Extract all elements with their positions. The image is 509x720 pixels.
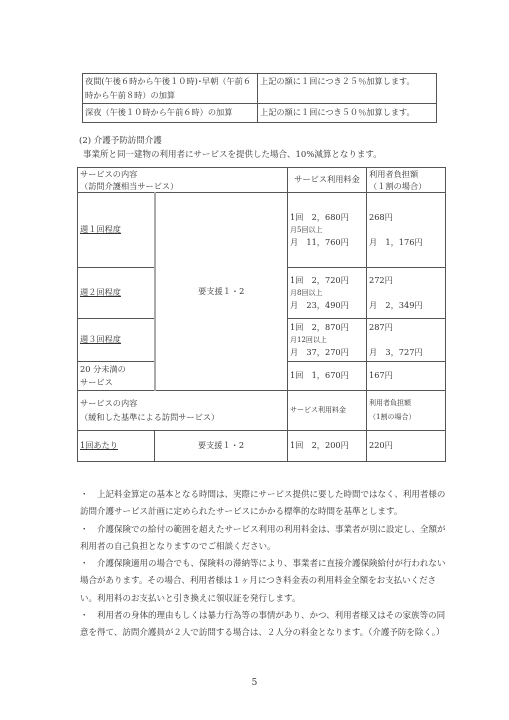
- row-label: 1回あたり: [78, 431, 155, 462]
- burden-monthly: 月 1，176円: [369, 236, 443, 249]
- header-service-line2: （緩和した基準による訪問サービス）: [80, 411, 285, 425]
- table-row: 夜間(午後６時から午後１０時)･早朝（午前６時から午前８時）の加算 上記の額に１…: [83, 74, 437, 104]
- header-service-line1: サービスの内容: [80, 168, 285, 180]
- table-header-row: サービスの内容 （訪問介護相当サービス） サービス利用料金 利用者負担額 （１割…: [78, 168, 446, 193]
- fee-condition: 月5回以上: [290, 224, 364, 237]
- surcharge-label: 深夜（午後１０時から午前６時）の加算: [83, 104, 258, 123]
- header-burden-line2: （１割の場合）: [369, 180, 443, 192]
- fee-cell: 1回 2，870円 月12回以上 月 37，270円: [288, 319, 367, 362]
- burden-cell: 220円: [367, 431, 446, 462]
- table-header-row: サービスの内容 （緩和した基準による訪問サービス） サービス利用料金 利用者負担…: [78, 391, 446, 431]
- note-paragraph: ・ 介護保険適用の場合でも、保険料の滞納等により、事業者に直接介護保険給付が行わ…: [80, 556, 452, 608]
- surcharge-table: 夜間(午後６時から午後１０時)･早朝（午前６時から午前８時）の加算 上記の額に１…: [82, 73, 437, 123]
- row-label-line2: サービス: [80, 376, 152, 389]
- row-label: 週３回程度: [78, 319, 155, 362]
- header-burden-line1: 利用者負担額: [369, 397, 443, 411]
- table-row: 深夜（午後１０時から午前６時）の加算 上記の額に１回につき５０％加算します。: [83, 104, 437, 123]
- table-row: 1回あたり 要支援１・2 1回 2，200円 220円: [78, 431, 446, 462]
- fee-monthly: 月 37，270円: [290, 346, 364, 359]
- document-page: 夜間(午後６時から午後１０時)･早朝（午前６時から午前８時）の加算 上記の額に１…: [0, 0, 509, 720]
- row-label: 20 分未満の サービス: [78, 362, 155, 391]
- fee-monthly: 月 11，760円: [290, 236, 364, 249]
- row-label-line1: 20 分未満の: [80, 363, 152, 376]
- burden-monthly: 月 2，349円: [369, 299, 443, 312]
- section-note: 事業所と同一建物の利用者にサービスを提供した場合、10%減算となります。: [83, 148, 382, 162]
- header-service-line1: サービスの内容: [80, 397, 285, 411]
- note-paragraph: ・ 介護保険での給付の範囲を超えたサービス利用の利用料金は、事業者が別に設定し、…: [80, 522, 452, 557]
- table-row: 週１回程度 要支援１・2 1回 2，680円 月5回以上 月 11，760円 2…: [78, 193, 446, 268]
- header-service: サービスの内容 （訪問介護相当サービス）: [78, 168, 288, 193]
- burden-per-visit: 272円: [369, 274, 443, 287]
- burden-per-visit: 268円: [369, 211, 443, 224]
- surcharge-value: 上記の額に１回につき５０％加算します。: [258, 104, 437, 123]
- header-burden-line2: （1割の場合）: [369, 411, 443, 425]
- page-number: 5: [0, 678, 509, 688]
- fee-monthly: 月 23，490円: [290, 299, 364, 312]
- fee-cell: 1回 2，200円: [288, 431, 367, 462]
- care-level-cell: 要支援１・2: [155, 431, 288, 462]
- row-label: 週２回程度: [78, 268, 155, 319]
- header-service: サービスの内容 （緩和した基準による訪問サービス）: [78, 391, 288, 431]
- burden-cell: 272円 月 2，349円: [367, 268, 446, 319]
- fee-per-visit: 1回 2，870円: [290, 321, 364, 334]
- fee-cell: 1回 2，720円 月8回以上 月 23，490円: [288, 268, 367, 319]
- notes-section: ・ 上記料金算定の基本となる時間は、実際にサービス提供に要した時間ではなく、利用…: [80, 487, 452, 643]
- fee-cell: 1回 2，680円 月5回以上 月 11，760円: [288, 193, 367, 268]
- fee-table: サービスの内容 （訪問介護相当サービス） サービス利用料金 利用者負担額 （１割…: [77, 167, 446, 462]
- burden-per-visit: 287円: [369, 321, 443, 334]
- surcharge-label: 夜間(午後６時から午後１０時)･早朝（午前６時から午前８時）の加算: [83, 74, 258, 104]
- header-burden: 利用者負担額 （1割の場合）: [367, 391, 446, 431]
- header-burden-line1: 利用者負担額: [369, 168, 443, 180]
- burden-monthly: 月 3，727円: [369, 346, 443, 359]
- fee-cell: 1回 1，670円: [288, 362, 367, 391]
- fee-per-visit: 1回 2，720円: [290, 274, 364, 287]
- care-level-cell: 要支援１・2: [155, 193, 288, 391]
- burden-cell: 167円: [367, 362, 446, 391]
- burden-cell: 268円 月 1，176円: [367, 193, 446, 268]
- section-heading: (2) 介護予防訪問介護: [79, 134, 162, 148]
- header-burden: 利用者負担額 （１割の場合）: [367, 168, 446, 193]
- fee-condition: 月12回以上: [290, 334, 364, 347]
- fee-per-visit: 1回 2，680円: [290, 211, 364, 224]
- note-paragraph: ・ 上記料金算定の基本となる時間は、実際にサービス提供に要した時間ではなく、利用…: [80, 487, 452, 522]
- header-fee: サービス利用料金: [288, 168, 367, 193]
- burden-cell: 287円 月 3，727円: [367, 319, 446, 362]
- header-service-line2: （訪問介護相当サービス）: [80, 180, 285, 192]
- surcharge-value: 上記の額に１回につき２５％加算します。: [258, 74, 437, 104]
- fee-condition: 月8回以上: [290, 287, 364, 300]
- note-paragraph: ・ 利用者の身体的理由もしくは暴力行為等の事情があり、かつ、利用者様又はその家族…: [80, 608, 452, 643]
- row-label: 週１回程度: [78, 193, 155, 268]
- header-fee: サービス利用料金: [288, 391, 367, 431]
